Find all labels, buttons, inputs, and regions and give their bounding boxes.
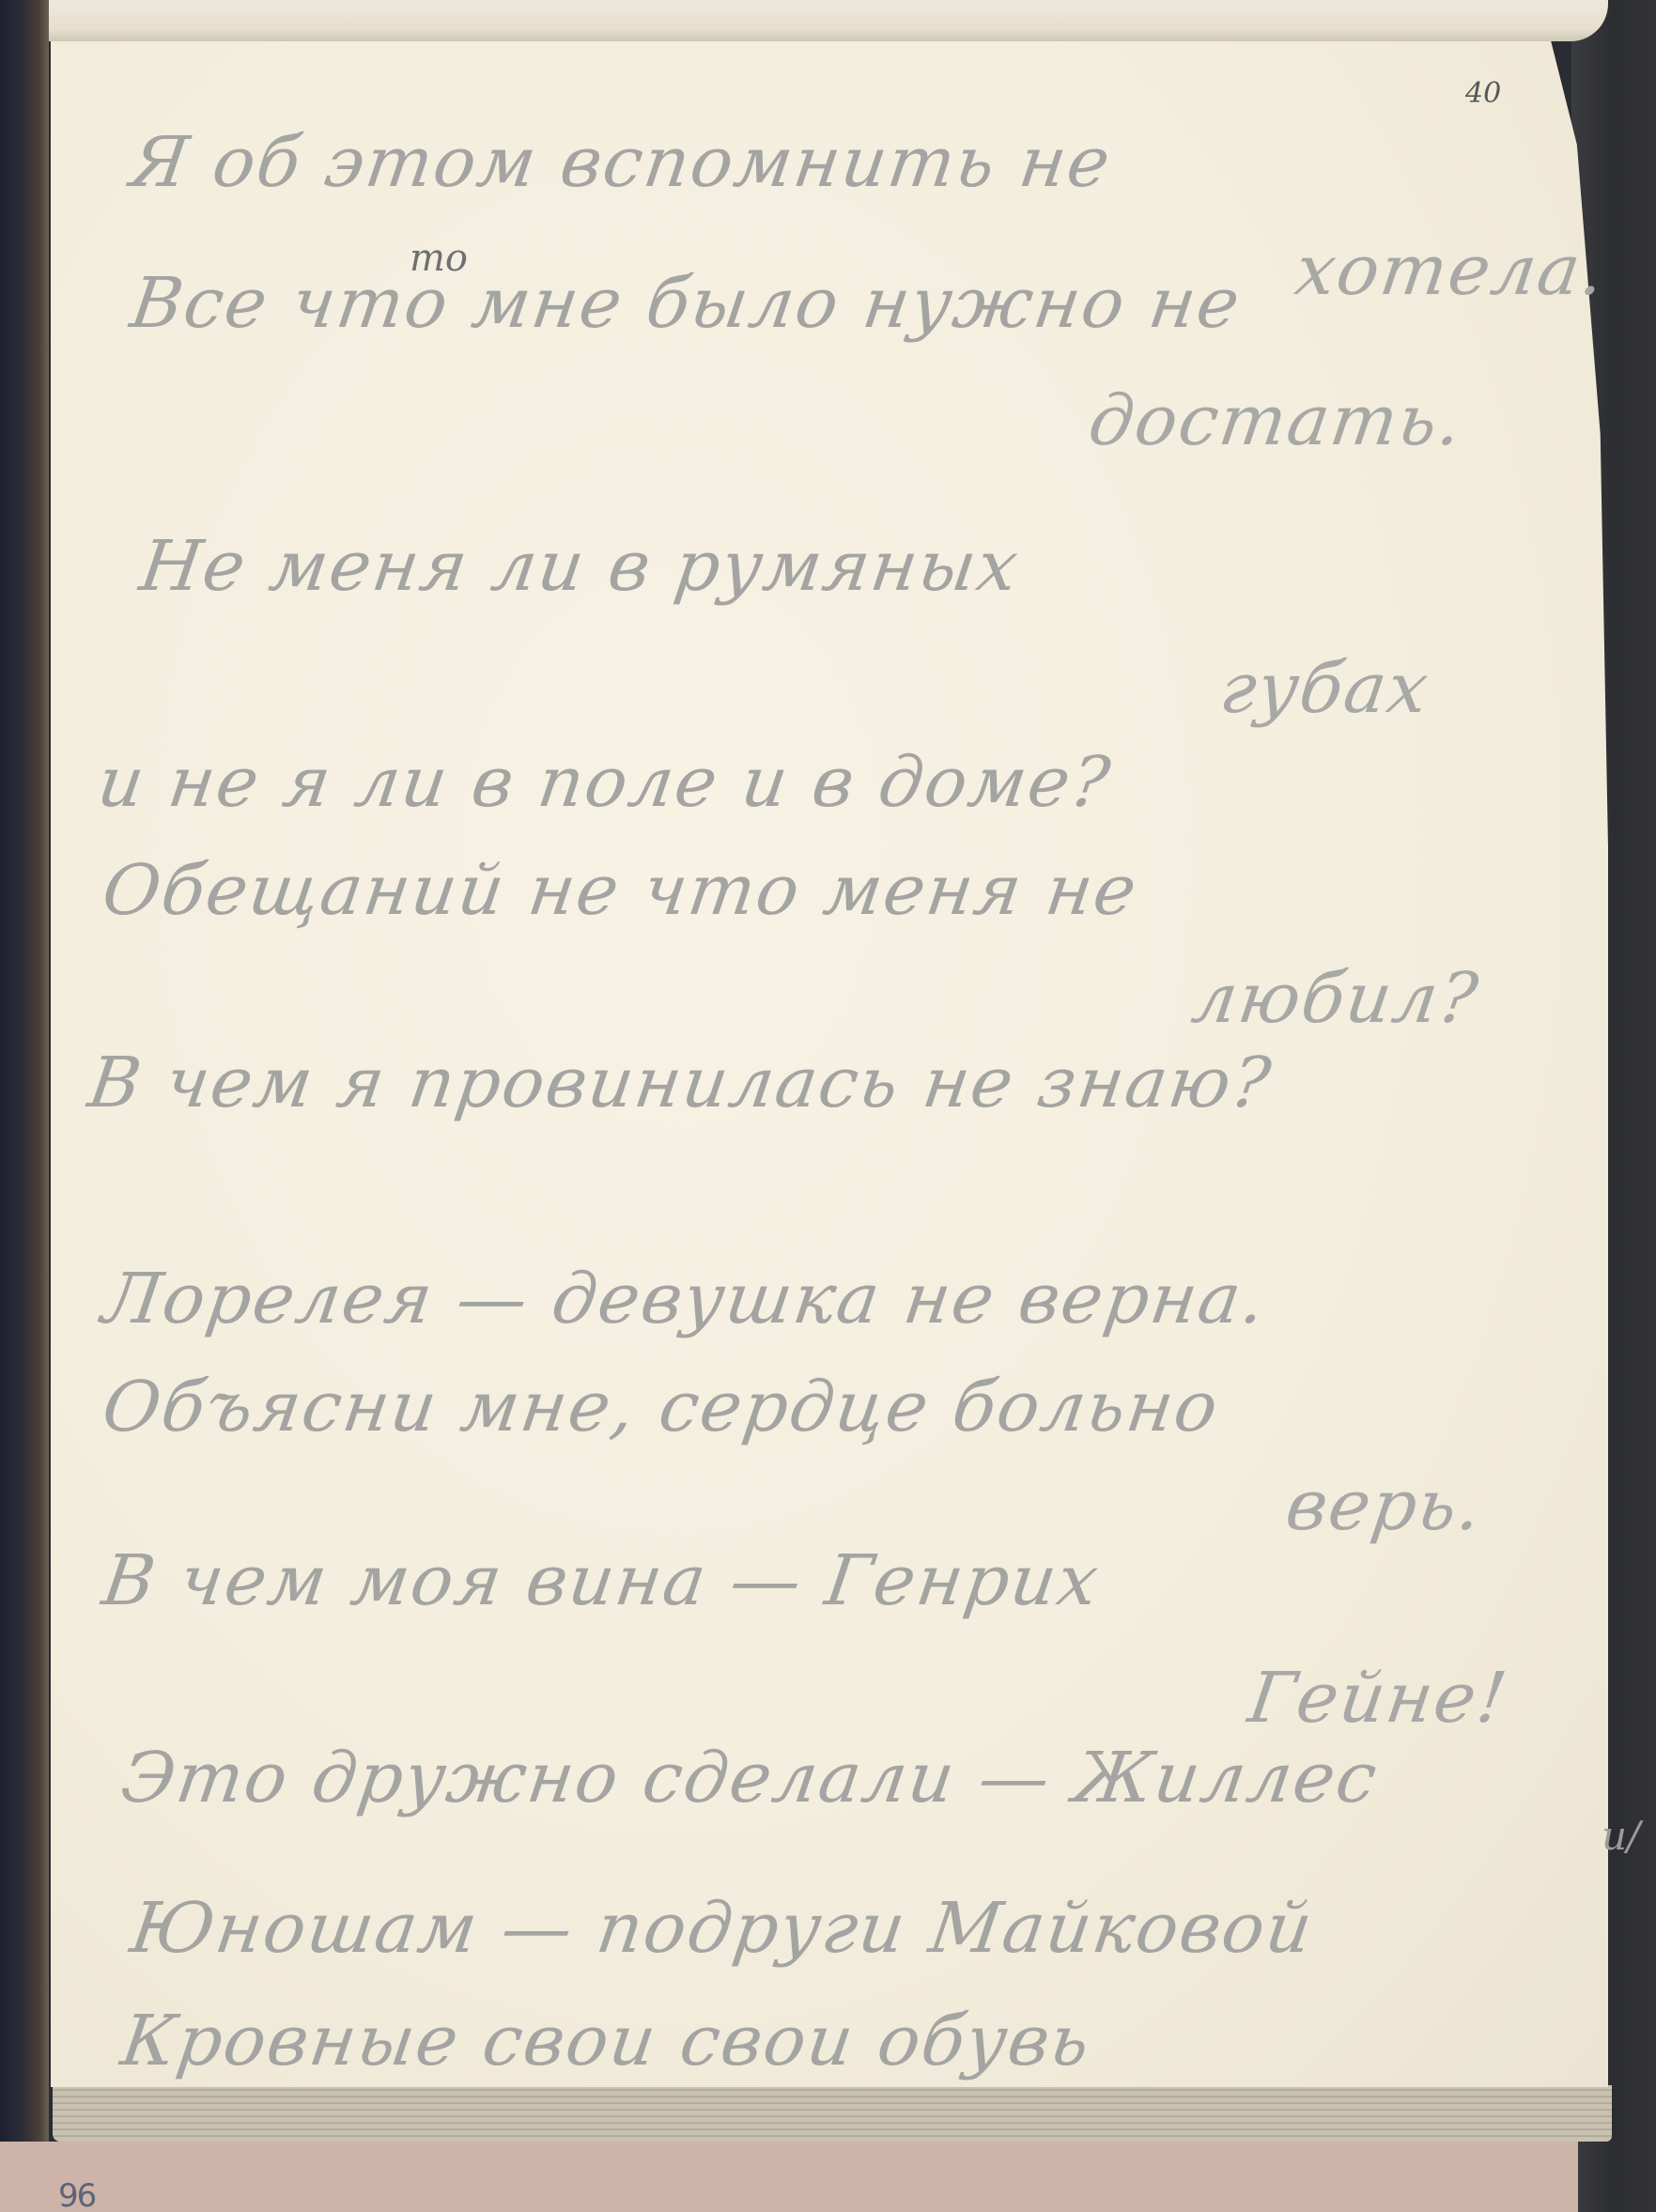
handwritten-line: В чем я провинилась не знаю? (84, 1043, 1277, 1123)
notebook-binding-edge (0, 0, 49, 2142)
folio-stamp: 96 (58, 2177, 95, 2212)
previous-page-curl (49, 0, 1608, 41)
handwritten-line-continuation: Гейне! (1244, 1658, 1513, 1739)
handwritten-line: Лорелея — девушка не верна. (98, 1259, 1272, 1339)
interlinear-insertion: то (410, 237, 468, 280)
handwritten-line: Все что мне было нужно не (126, 263, 1246, 344)
handwritten-line-continuation: губах (1215, 648, 1434, 729)
margin-note: и/ (1602, 1813, 1640, 1859)
handwritten-line: Это дружно сделали — Жиллес (116, 1738, 1384, 1818)
page-stack-edge (53, 2085, 1612, 2142)
handwritten-line: Я об этом вспомнить не (126, 122, 1117, 203)
handwritten-line-continuation: верь. (1281, 1465, 1488, 1546)
handwritten-line: Объясни мне, сердце больно (98, 1367, 1224, 1447)
handwritten-line-continuation: хотела. (1291, 230, 1611, 311)
handwritten-line: Кровные свои свои обувь (116, 2001, 1096, 2081)
handwritten-line: Юношам — подруги Майковой (126, 1888, 1319, 1969)
handwritten-line-continuation: любил? (1187, 958, 1484, 1039)
handwritten-line: Не меня ли в румяных (135, 526, 1025, 607)
page-number: 40 (1465, 77, 1501, 110)
handwritten-line-continuation: достать. (1084, 380, 1468, 461)
handwritten-line: В чем моя вина — Генрих (98, 1540, 1105, 1621)
handwritten-line: Обещаний не что меня не (98, 850, 1143, 931)
handwritten-line: и не я ли в поле и в доме? (93, 742, 1116, 823)
notebook-cover-bottom (0, 2142, 1578, 2212)
